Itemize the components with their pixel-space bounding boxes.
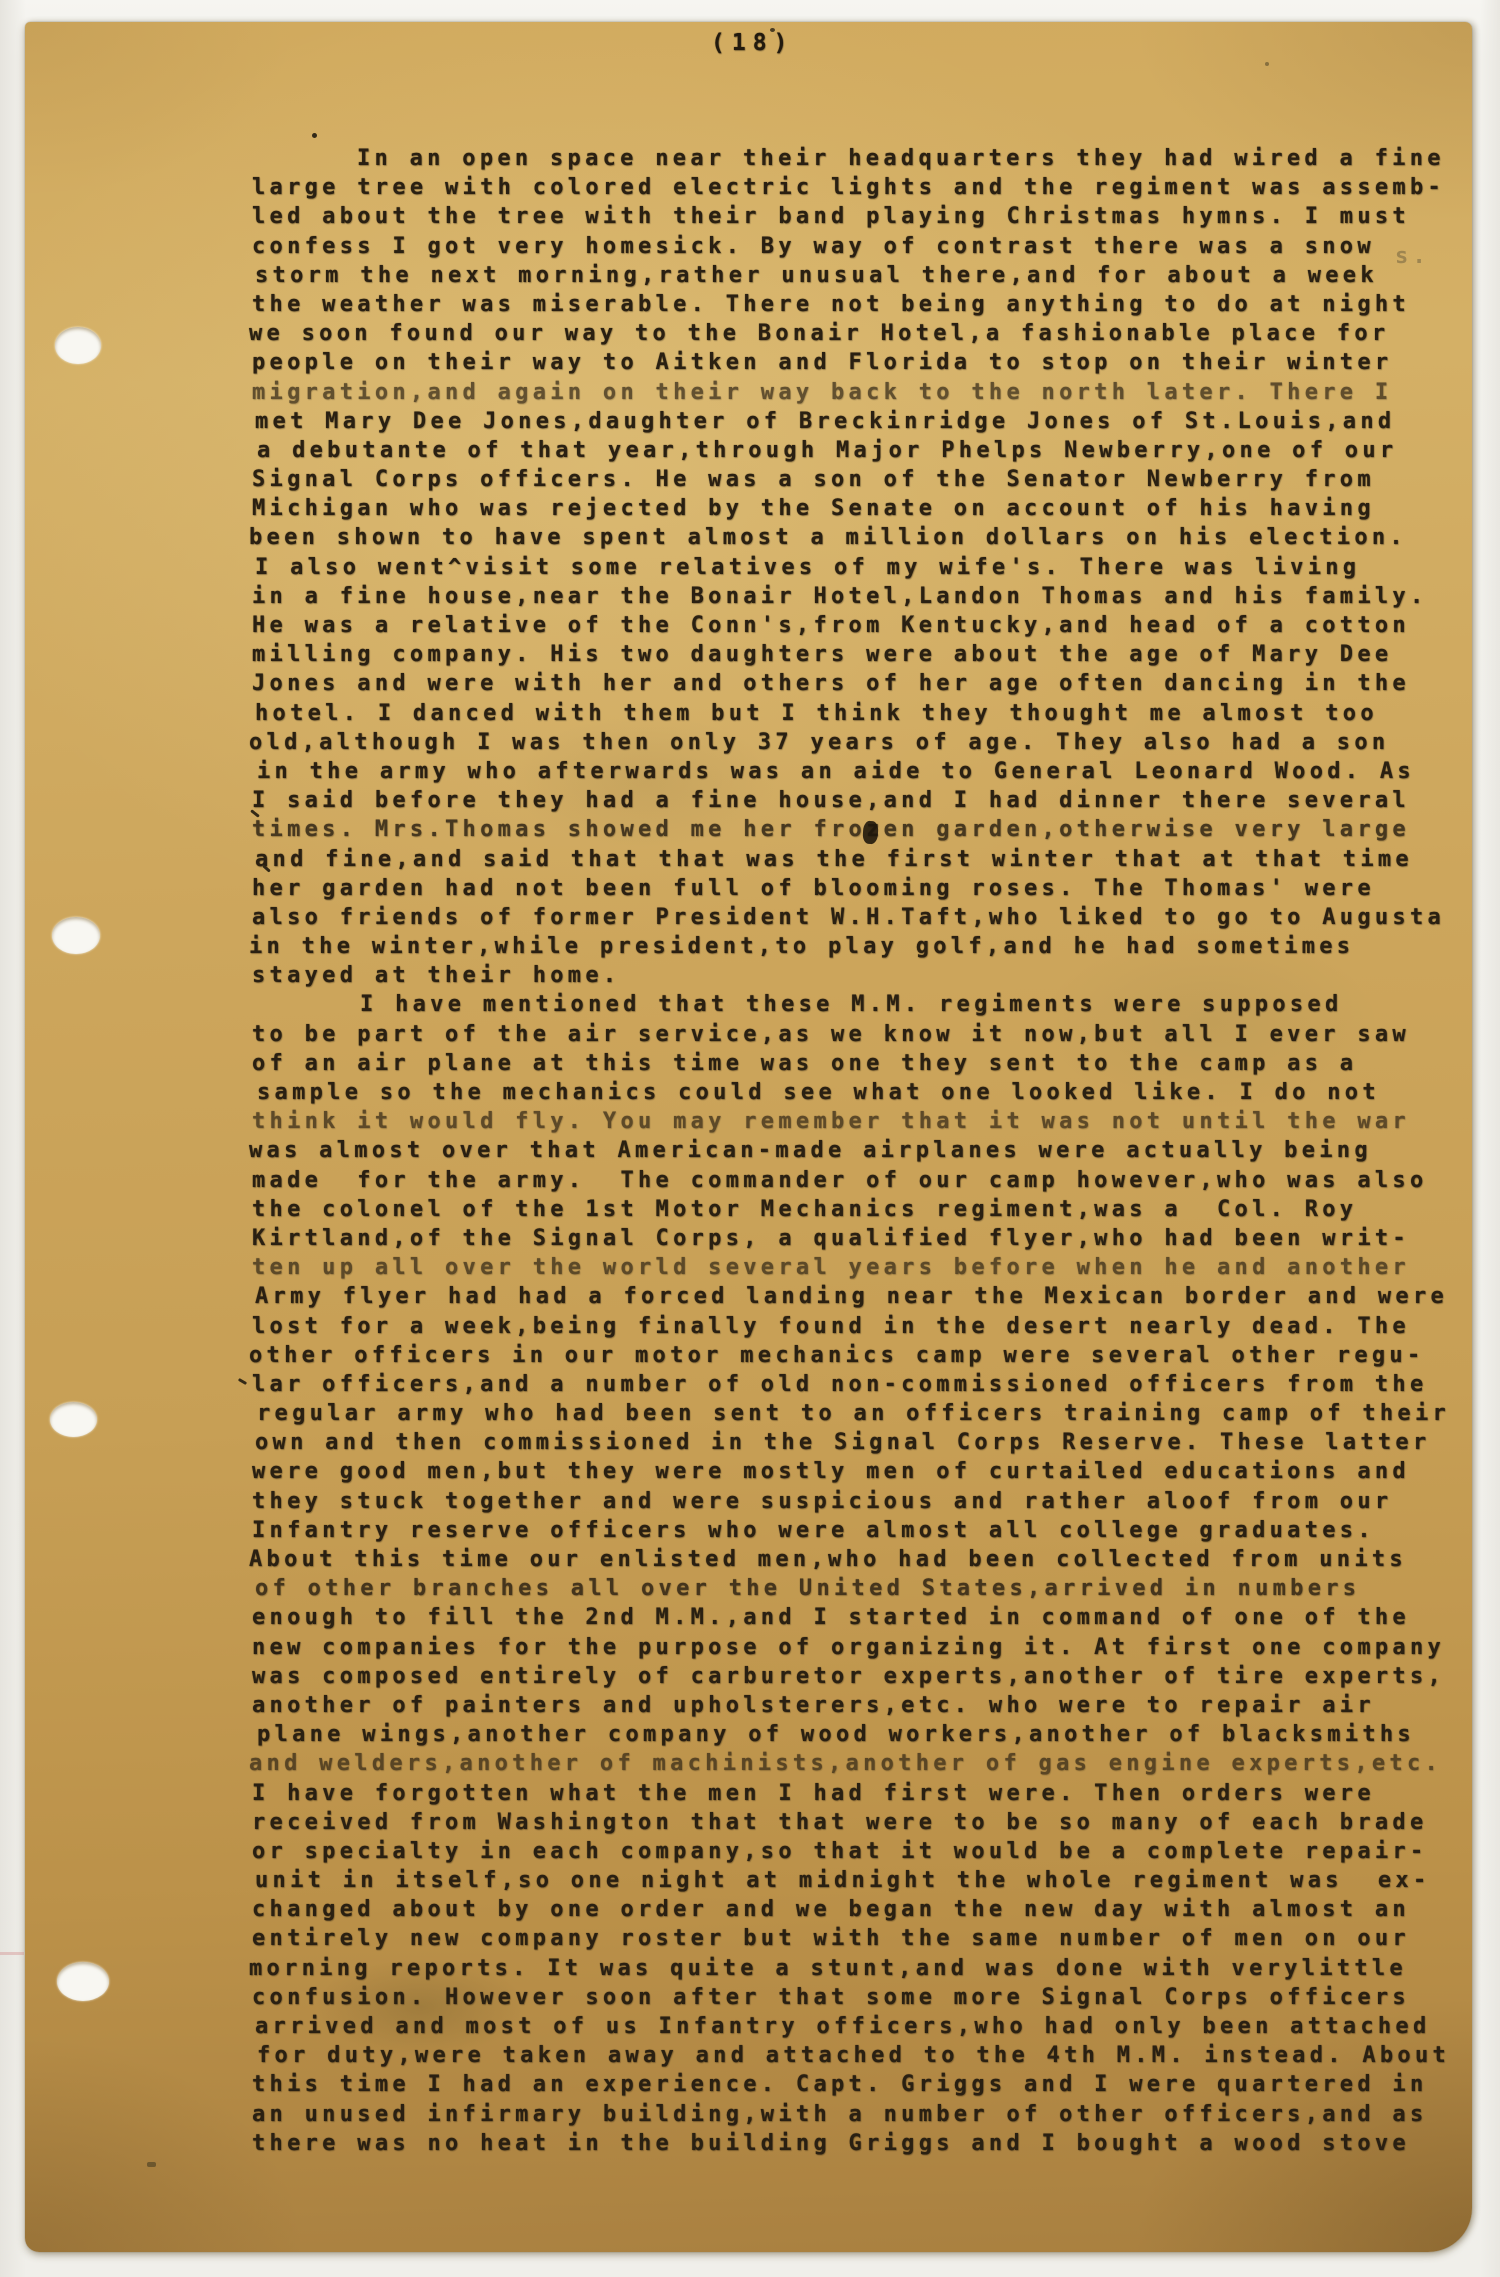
punch-hole	[55, 327, 101, 364]
text-line: He was a relative of the Conn's,from Ken…	[252, 611, 1467, 640]
text-line: lost for a week,being finally found in t…	[252, 1312, 1467, 1341]
punch-hole	[50, 1402, 97, 1437]
text-line: plane wings,another company of wood work…	[257, 1720, 1472, 1749]
text-line: the colonel of the 1st Motor Mechanics r…	[252, 1195, 1467, 1224]
text-line: large tree with colored electric lights …	[252, 173, 1467, 202]
text-line: hotel. I danced with them but I think th…	[255, 699, 1470, 728]
document-page: (18) In an open space near their headqua…	[25, 22, 1472, 2252]
text-line: been shown to have spent almost a millio…	[249, 523, 1464, 552]
text-line: they stuck together and were suspicious …	[252, 1487, 1467, 1516]
text-line: Infantry reserve officers who were almos…	[252, 1516, 1467, 1545]
text-line: led about the tree with their band playi…	[252, 202, 1467, 231]
text-line: enough to fill the 2nd M.M.,and I starte…	[252, 1603, 1467, 1632]
text-line: lar officers,and a number of old non-com…	[252, 1370, 1467, 1399]
text-line: morning reports. It was quite a stunt,an…	[249, 1954, 1464, 1983]
text-line: Army flyer had had a forced landing near…	[255, 1282, 1470, 1311]
text-line: ten up all over the world several years …	[252, 1253, 1467, 1282]
text-line: think it would fly. You may remember tha…	[252, 1107, 1467, 1136]
text-line: Jones and were with her and others of he…	[252, 669, 1467, 698]
text-line: Michigan who was rejected by the Senate …	[252, 494, 1467, 523]
text-line: of an air plane at this time was one the…	[252, 1049, 1467, 1078]
text-line: were good men,but they were mostly men o…	[252, 1457, 1467, 1486]
text-line: we soon found our way to the Bonair Hote…	[249, 319, 1464, 348]
text-line: and fine,and said that that was the firs…	[255, 845, 1470, 874]
text-line: met Mary Dee Jones,daughter of Breckinri…	[255, 407, 1470, 436]
text-line: milling company. His two daughters were …	[252, 640, 1467, 669]
ghost-typo-text: s.	[1395, 244, 1430, 269]
text-line: About this time our enlisted men,who had…	[249, 1545, 1464, 1574]
text-line: also friends of former President W.H.Taf…	[252, 903, 1467, 932]
text-line: the weather was miserable. There not bei…	[252, 290, 1467, 319]
text-line: made for the army. The commander of our …	[252, 1166, 1467, 1195]
text-line: her garden had not been full of blooming…	[252, 874, 1467, 903]
text-line: times. Mrs.Thomas showed me her frozen g…	[252, 815, 1467, 844]
text-line: In an open space near their headquarters…	[252, 144, 1467, 173]
ink-speck	[312, 133, 317, 138]
punch-hole	[52, 917, 100, 954]
text-line: a debutante of that year,through Major P…	[257, 436, 1472, 465]
text-line: received from Washington that that were …	[252, 1808, 1467, 1837]
text-line: Signal Corps officers. He was a son of t…	[252, 465, 1467, 494]
text-line: another of painters and upholsterers,etc…	[252, 1691, 1467, 1720]
text-line: migration,and again on their way back to…	[252, 378, 1467, 407]
ink-speck	[147, 2162, 156, 2167]
typewritten-text: In an open space near their headquarters…	[252, 144, 1467, 2158]
text-line: new companies for the purpose of organiz…	[252, 1633, 1467, 1662]
text-line: regular army who had been sent to an off…	[257, 1399, 1472, 1428]
text-line: to be part of the air service,as we know…	[252, 1020, 1467, 1049]
text-line: and welders,another of machinists,anothe…	[249, 1749, 1464, 1778]
text-line: entirely new company roster but with the…	[252, 1924, 1467, 1953]
scan-artifact	[0, 1952, 24, 1955]
ink-speck	[238, 1378, 247, 1385]
text-line: I have mentioned that these M.M. regimen…	[255, 990, 1470, 1019]
text-line: stayed at their home.	[252, 961, 1467, 990]
text-line: I have forgotten what the men I had firs…	[252, 1779, 1467, 1808]
punch-hole	[57, 1962, 109, 2001]
text-line: other officers in our motor mechanics ca…	[249, 1341, 1464, 1370]
text-line: of other branches all over the United St…	[255, 1574, 1470, 1603]
text-line: this time I had an experience. Capt. Gri…	[252, 2070, 1467, 2099]
text-line: confess I got very homesick. By way of c…	[252, 232, 1467, 261]
text-line: old,although I was then only 37 years of…	[249, 728, 1464, 757]
ink-speck	[770, 28, 775, 32]
text-line: I said before they had a fine house,and …	[252, 786, 1467, 815]
text-line: for duty,were taken away and attached to…	[257, 2041, 1472, 2070]
text-line: storm the next morning,rather unusual th…	[255, 261, 1470, 290]
text-line: in a fine house,near the Bonair Hotel,La…	[252, 582, 1467, 611]
text-line: in the army who afterwards was an aide t…	[257, 757, 1472, 786]
text-line: in the winter,while president,to play go…	[249, 932, 1464, 961]
text-line: or specialty in each company,so that it …	[252, 1837, 1467, 1866]
text-line: was almost over that American-made airpl…	[249, 1136, 1464, 1165]
text-line: an unused infirmary building,with a numb…	[252, 2100, 1467, 2129]
scan-background: (18) In an open space near their headqua…	[0, 0, 1500, 2277]
text-line: arrived and most of us Infantry officers…	[255, 2012, 1470, 2041]
text-line: there was no heat in the building Griggs…	[252, 2129, 1467, 2158]
text-line: unit in itself,so one night at midnight …	[255, 1866, 1470, 1895]
text-line: changed about by one order and we began …	[252, 1895, 1467, 1924]
text-line: Kirtland,of the Signal Corps, a qualifie…	[252, 1224, 1467, 1253]
text-line: was composed entirely of carburetor expe…	[252, 1662, 1467, 1691]
text-line: confusion. However soon after that some …	[252, 1983, 1467, 2012]
text-line: I also went^visit some relatives of my w…	[255, 553, 1470, 582]
text-line: own and then commissioned in the Signal …	[255, 1428, 1470, 1457]
ink-speck	[1265, 62, 1269, 66]
text-line: sample so the mechanics could see what o…	[257, 1078, 1472, 1107]
page-number: (18)	[711, 30, 794, 56]
text-line: people on their way to Aitken and Florid…	[252, 348, 1467, 377]
